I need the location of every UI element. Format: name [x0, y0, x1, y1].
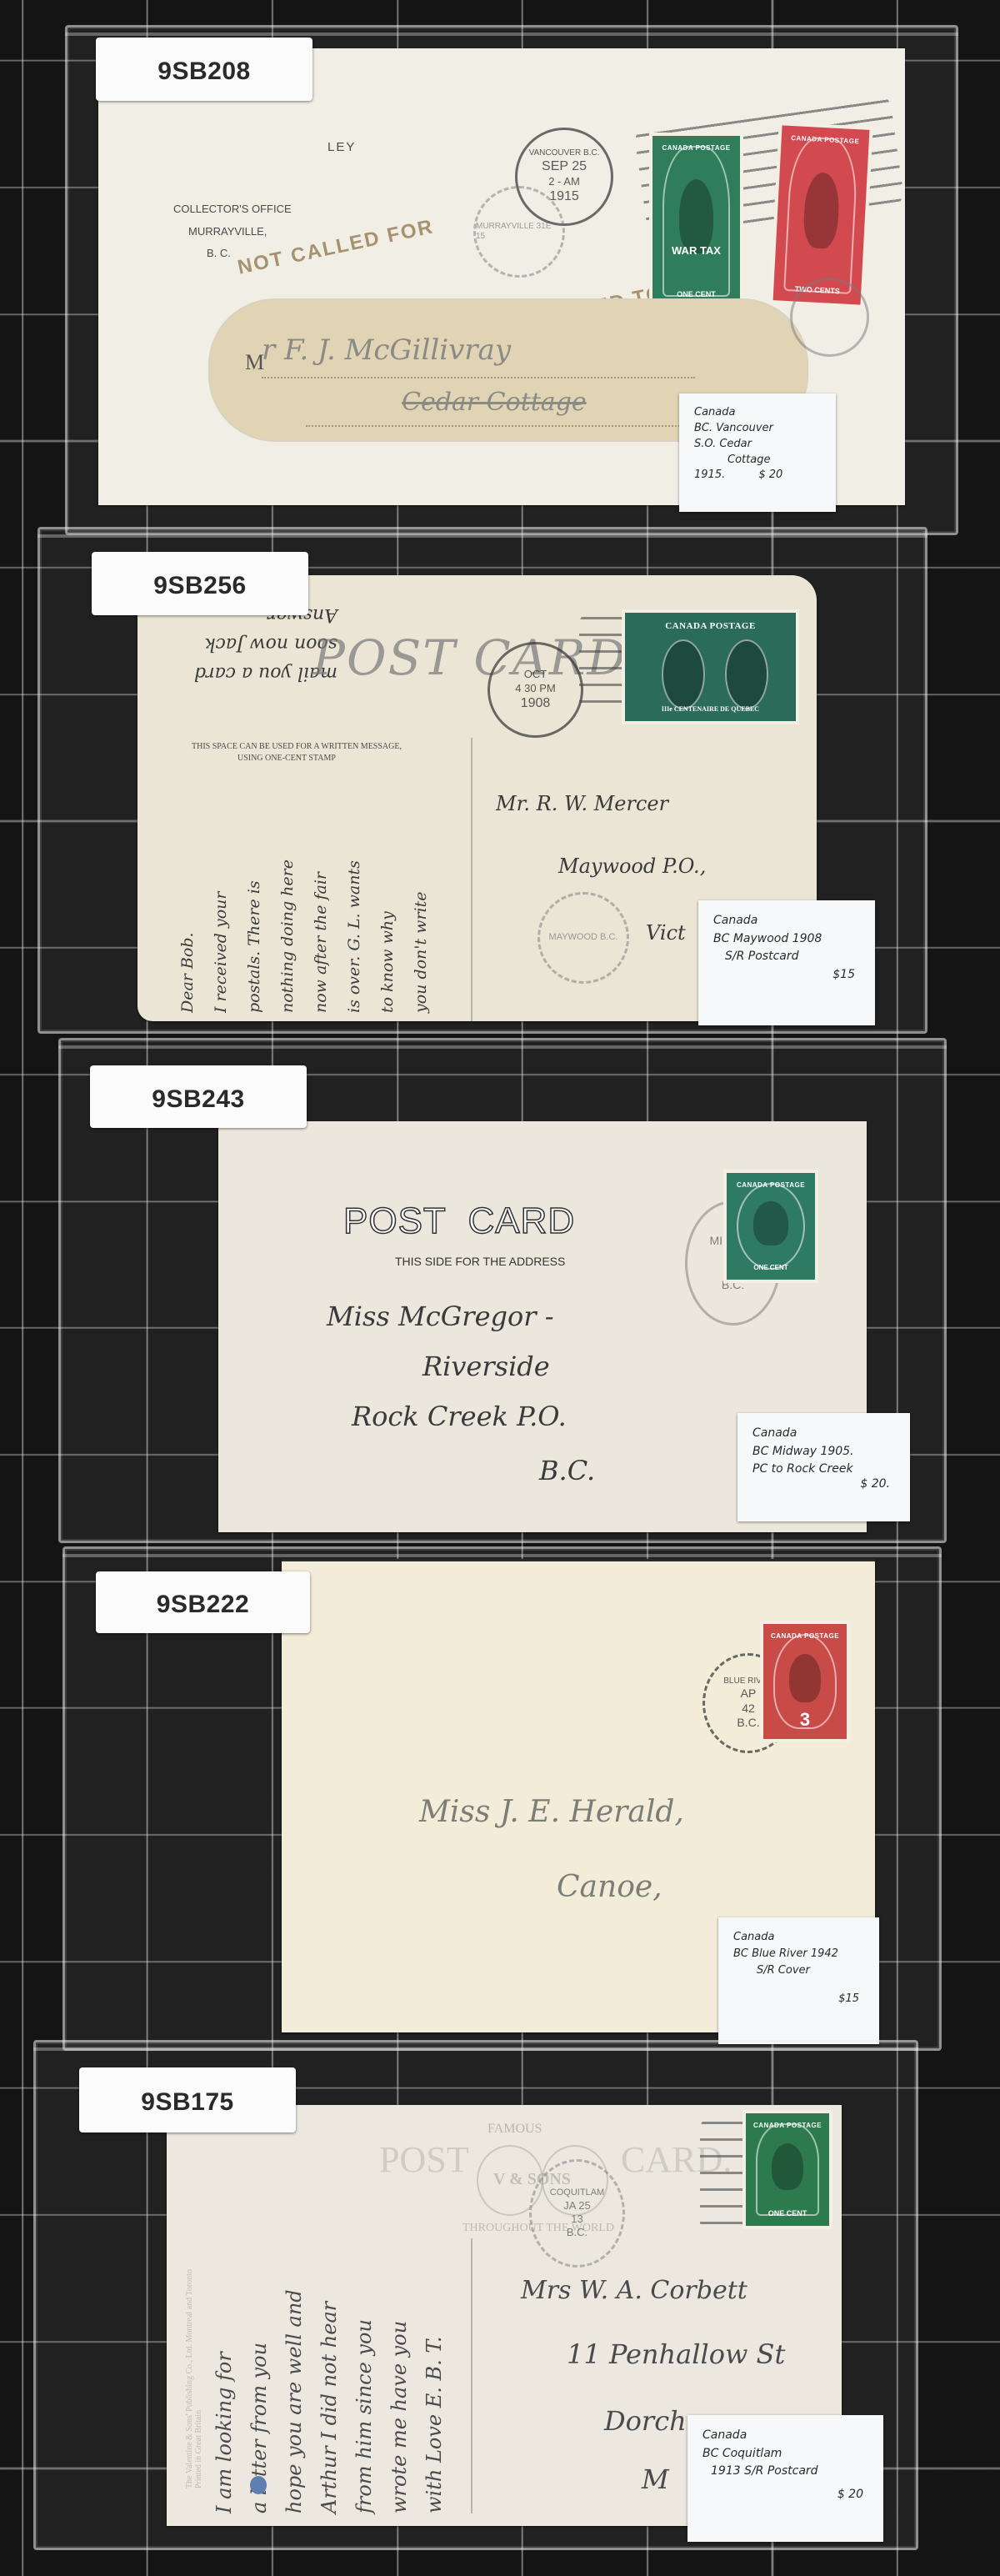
address-town: Canoe, — [557, 1870, 662, 1904]
instruction-line-1: THIS SPACE CAN BE USED FOR A WRITTEN MES… — [192, 742, 402, 751]
address-town: Maywood P.O., — [558, 854, 706, 878]
publisher-line: The Valentine & Sons' Publishing Co., Lt… — [185, 2138, 203, 2488]
message-address-divider — [471, 738, 472, 1021]
price: $15 — [713, 966, 865, 985]
murrayville-receiving-mark: MURRAYVILLE 31E 15 — [473, 186, 565, 278]
brand-famous: FAMOUS — [487, 2122, 542, 2137]
address-town: Rock Creek P.O. — [352, 1401, 567, 1432]
address-crossed-out: Cedar Cottage — [402, 388, 587, 417]
stock-id-label: 9SB175 — [79, 2067, 296, 2132]
description-note: Canada BC Blue River 1942 S/R Cover $15 — [718, 1917, 879, 2044]
champlain-portrait-icon — [662, 639, 705, 709]
price: $ 20. — [752, 1476, 900, 1494]
backstamp-ghost — [790, 278, 869, 357]
postcard-subtitle: THIS SIDE FOR THE ADDRESS — [395, 1255, 565, 1268]
corner-card-province: B. C. — [207, 247, 231, 259]
address-state: M — [642, 2463, 669, 2495]
message-body: Dear Bob. I received your postals. There… — [171, 771, 454, 1013]
address-street: Riverside — [422, 1351, 550, 1382]
address-name: r F. J. McGillivray — [262, 333, 511, 367]
machine-cancel — [700, 2113, 750, 2238]
corner-card-office: COLLECTOR'S OFFICE — [173, 203, 292, 215]
corner-card-town: MURRAYVILLE, — [188, 225, 267, 238]
stamp-admiral-1c[interactable]: CANADA POSTAGE ONE CENT — [746, 2113, 829, 2226]
cartier-portrait-icon — [725, 639, 768, 709]
george-vi-portrait-icon — [789, 1654, 822, 1702]
instruction-line-2: USING ONE-CENT STAMP — [237, 754, 336, 763]
address-town: Dorch — [604, 2405, 687, 2437]
description-note: Canada BC. Vancouver S.O. Cedar Cottage … — [679, 393, 836, 512]
stamp-quebec-tercentenary-1c[interactable]: CANADA POSTAGE IIIe CENTENAIRE DE QUEBEC — [625, 613, 796, 721]
stock-id-label: 9SB208 — [96, 38, 312, 101]
message-body: I am looking for a letter from you hope … — [207, 2122, 465, 2513]
address-province: Vict — [646, 921, 686, 945]
address-province: B.C. — [539, 1455, 595, 1486]
postmark-time: 2 - AM — [548, 175, 580, 188]
address-name: Mrs W. A. Corbett — [521, 2276, 747, 2305]
price: $ 20 — [728, 469, 782, 481]
stock-id-label: 9SB222 — [96, 1571, 310, 1633]
maywood-receiving-mark: MAYWOOD B.C. — [537, 892, 629, 984]
postmark-city: VANCOUVER B.C. — [529, 148, 600, 159]
description-note: Canada BC Maywood 1908 S/R Postcard $15 — [698, 900, 875, 1025]
address-name: Mr. R. W. Mercer — [496, 792, 668, 815]
price: $ 20 — [702, 2486, 873, 2504]
george-v-portrait-icon — [772, 2143, 804, 2191]
price: $15 — [733, 1991, 869, 2007]
king-portrait-icon — [679, 179, 713, 253]
stamp-war-tax-1c[interactable]: CANADA POSTAGE WAR TAX ONE CENT — [652, 136, 740, 307]
coquitlam-postmark: COQUITLAM JA 25 13 B.C. — [529, 2159, 625, 2268]
stock-id-label: 9SB243 — [90, 1065, 307, 1128]
address-name: Miss McGregor - — [327, 1301, 554, 1332]
ink-blot — [250, 2476, 267, 2494]
stamp-george-vi-3c[interactable]: CANADA POSTAGE 3 — [763, 1624, 847, 1739]
address-name: Miss J. E. Herald, — [419, 1795, 684, 1829]
address-street: 11 Penhallow St — [567, 2338, 785, 2370]
message-address-divider — [471, 2238, 472, 2513]
edward-portrait-icon — [753, 1201, 787, 1245]
stock-id-label: 9SB256 — [92, 552, 308, 615]
description-note: Canada BC Coquitlam 1913 S/R Postcard $ … — [687, 2415, 883, 2542]
description-note: Canada BC Midway 1905. PC to Rock Creek … — [737, 1413, 910, 1521]
postmark-date: SEP 25 — [542, 158, 587, 175]
stamp-edward-1c[interactable]: CANADA POSTAGE ONE CENT — [727, 1173, 815, 1280]
postcard-title: POST CARD — [343, 1200, 575, 1242]
duplex-postmark: OCT 4 30 PM 1908 — [487, 642, 583, 738]
corner-card-fragment: LEY — [327, 140, 356, 154]
